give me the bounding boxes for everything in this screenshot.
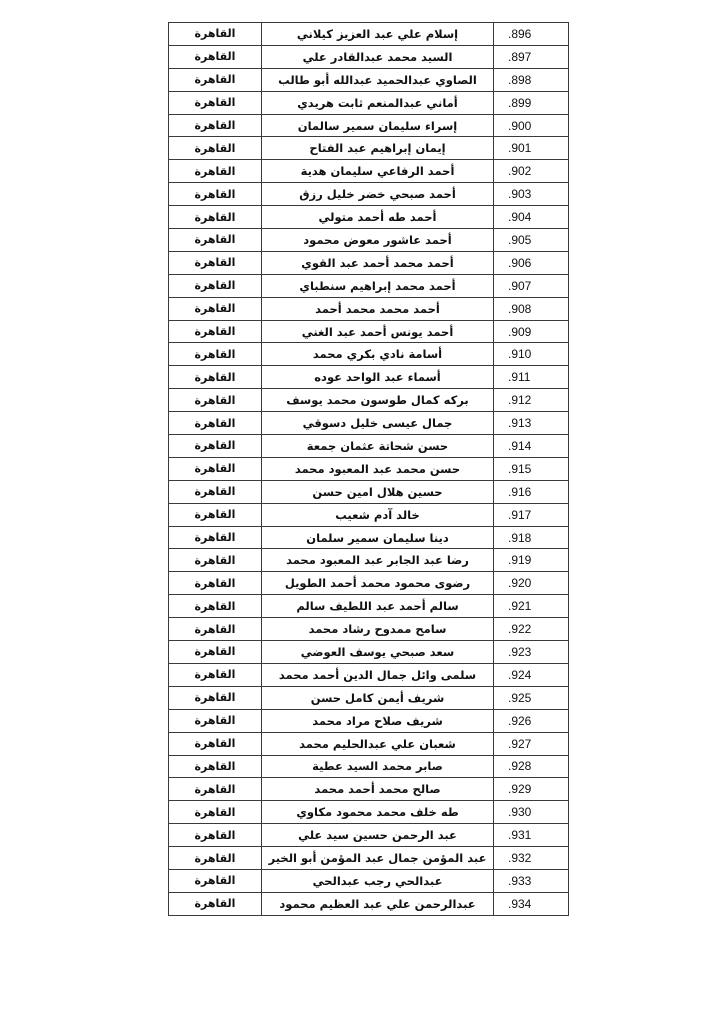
number-cell: .923 xyxy=(494,641,569,664)
table-row: القاهرةأحمد طه أحمد متولي.904 xyxy=(169,206,569,229)
city-cell: القاهرة xyxy=(169,297,262,320)
city-cell: القاهرة xyxy=(169,160,262,183)
number-cell: .914 xyxy=(494,435,569,458)
number-cell: .903 xyxy=(494,183,569,206)
table-row: القاهرةعبدالحي رجب عبدالحي.933 xyxy=(169,869,569,892)
table-row: القاهرةجمال عيسى خليل دسوقي.913 xyxy=(169,412,569,435)
name-cell: أحمد عاشور معوض محمود xyxy=(262,229,494,252)
table-row: القاهرةسامح ممدوح رشاد محمد.922 xyxy=(169,618,569,641)
name-cell: شعبان علي عبدالحليم محمد xyxy=(262,732,494,755)
city-cell: القاهرة xyxy=(169,45,262,68)
table-row: القاهرةعبدالرحمن علي عبد العظيم محمود.93… xyxy=(169,892,569,915)
name-cell: أسماء عبد الواحد عوده xyxy=(262,366,494,389)
city-cell: القاهرة xyxy=(169,412,262,435)
city-cell: القاهرة xyxy=(169,663,262,686)
city-cell: القاهرة xyxy=(169,778,262,801)
name-cell: عبدالرحمن علي عبد العظيم محمود xyxy=(262,892,494,915)
table-row: القاهرةأحمد الرفاعي سليمان هدية.902 xyxy=(169,160,569,183)
table-row: القاهرةأحمد عاشور معوض محمود.905 xyxy=(169,229,569,252)
city-cell: القاهرة xyxy=(169,91,262,114)
number-cell: .934 xyxy=(494,892,569,915)
city-cell: القاهرة xyxy=(169,732,262,755)
name-cell: بركه كمال طوسون محمد يوسف xyxy=(262,389,494,412)
table-row: القاهرةصالح محمد أحمد محمد.929 xyxy=(169,778,569,801)
table-row: القاهرةأحمد محمد إبراهيم سنطباي.907 xyxy=(169,274,569,297)
city-cell: القاهرة xyxy=(169,503,262,526)
city-cell: القاهرة xyxy=(169,274,262,297)
table-row: القاهرةسلمى وائل جمال الدين أحمد محمد.92… xyxy=(169,663,569,686)
name-cell: إيمان إبراهيم عبد الفتاح xyxy=(262,137,494,160)
name-cell: دينا سليمان سمير سلمان xyxy=(262,526,494,549)
city-cell: القاهرة xyxy=(169,114,262,137)
city-cell: القاهرة xyxy=(169,801,262,824)
name-cell: حسن محمد عبد المعبود محمد xyxy=(262,457,494,480)
number-cell: .933 xyxy=(494,869,569,892)
name-cell: رضا عبد الجابر عبد المعبود محمد xyxy=(262,549,494,572)
table-row: القاهرةأحمد محمد محمد أحمد.908 xyxy=(169,297,569,320)
number-cell: .910 xyxy=(494,343,569,366)
name-cell: سعد صبحي يوسف العوضي xyxy=(262,641,494,664)
number-cell: .898 xyxy=(494,68,569,91)
number-cell: .931 xyxy=(494,824,569,847)
city-cell: القاهرة xyxy=(169,572,262,595)
name-cell: سالم أحمد عبد اللطيف سالم xyxy=(262,595,494,618)
number-cell: .918 xyxy=(494,526,569,549)
city-cell: القاهرة xyxy=(169,343,262,366)
city-cell: القاهرة xyxy=(169,229,262,252)
city-cell: القاهرة xyxy=(169,847,262,870)
city-cell: القاهرة xyxy=(169,23,262,46)
city-cell: القاهرة xyxy=(169,824,262,847)
table-row: القاهرةعبد الرحمن حسين سيد علي.931 xyxy=(169,824,569,847)
number-cell: .897 xyxy=(494,45,569,68)
city-cell: القاهرة xyxy=(169,320,262,343)
number-cell: .925 xyxy=(494,686,569,709)
number-cell: .920 xyxy=(494,572,569,595)
city-cell: القاهرة xyxy=(169,618,262,641)
document-page: القاهرةإسلام علي عبد العزيز كيلاني.896ال… xyxy=(0,0,720,1018)
table-row: القاهرةعبد المؤمن جمال عبد المؤمن أبو ال… xyxy=(169,847,569,870)
city-cell: القاهرة xyxy=(169,68,262,91)
number-cell: .909 xyxy=(494,320,569,343)
city-cell: القاهرة xyxy=(169,869,262,892)
name-cell: إسراء سليمان سمير سالمان xyxy=(262,114,494,137)
table-row: القاهرةحسين هلال امين حسن.916 xyxy=(169,480,569,503)
table-row: القاهرةأسامة نادي بكري محمد.910 xyxy=(169,343,569,366)
name-cell: الصاوي عبدالحميد عبدالله أبو طالب xyxy=(262,68,494,91)
name-cell: سامح ممدوح رشاد محمد xyxy=(262,618,494,641)
name-cell: صابر محمد السيد عطية xyxy=(262,755,494,778)
name-cell: أحمد محمد أحمد عبد القوي xyxy=(262,251,494,274)
number-cell: .902 xyxy=(494,160,569,183)
number-cell: .911 xyxy=(494,366,569,389)
name-cell: حسن شحاتة عثمان جمعة xyxy=(262,435,494,458)
name-cell: أحمد يونس أحمد عبد الغني xyxy=(262,320,494,343)
name-cell: أسامة نادي بكري محمد xyxy=(262,343,494,366)
number-cell: .928 xyxy=(494,755,569,778)
table-row: القاهرةالسيد محمد عبدالقادر علي.897 xyxy=(169,45,569,68)
number-cell: .921 xyxy=(494,595,569,618)
city-cell: القاهرة xyxy=(169,366,262,389)
number-cell: .907 xyxy=(494,274,569,297)
table-row: القاهرةأحمد يونس أحمد عبد الغني.909 xyxy=(169,320,569,343)
name-cell: خالد آدم شعيب xyxy=(262,503,494,526)
name-cell: أحمد محمد إبراهيم سنطباي xyxy=(262,274,494,297)
table-row: القاهرةدينا سليمان سمير سلمان.918 xyxy=(169,526,569,549)
number-cell: .922 xyxy=(494,618,569,641)
number-cell: .916 xyxy=(494,480,569,503)
city-cell: القاهرة xyxy=(169,526,262,549)
table-row: القاهرةأسماء عبد الواحد عوده.911 xyxy=(169,366,569,389)
table-row: القاهرةأماني عبدالمنعم ثابت هريدي.899 xyxy=(169,91,569,114)
name-cell: رضوى محمود محمد أحمد الطويل xyxy=(262,572,494,595)
number-cell: .905 xyxy=(494,229,569,252)
table-row: القاهرةالصاوي عبدالحميد عبدالله أبو طالب… xyxy=(169,68,569,91)
number-cell: .896 xyxy=(494,23,569,46)
city-cell: القاهرة xyxy=(169,549,262,572)
table-row: القاهرةبركه كمال طوسون محمد يوسف.912 xyxy=(169,389,569,412)
table-row: القاهرةسالم أحمد عبد اللطيف سالم.921 xyxy=(169,595,569,618)
name-cell: عبد الرحمن حسين سيد علي xyxy=(262,824,494,847)
number-cell: .927 xyxy=(494,732,569,755)
name-cell: صالح محمد أحمد محمد xyxy=(262,778,494,801)
city-cell: القاهرة xyxy=(169,389,262,412)
city-cell: القاهرة xyxy=(169,251,262,274)
table-row: القاهرةسعد صبحي يوسف العوضي.923 xyxy=(169,641,569,664)
table-row: القاهرةإيمان إبراهيم عبد الفتاح.901 xyxy=(169,137,569,160)
number-cell: .908 xyxy=(494,297,569,320)
city-cell: القاهرة xyxy=(169,206,262,229)
name-cell: عبد المؤمن جمال عبد المؤمن أبو الخير xyxy=(262,847,494,870)
table-row: القاهرةشعبان علي عبدالحليم محمد.927 xyxy=(169,732,569,755)
name-cell: أحمد الرفاعي سليمان هدية xyxy=(262,160,494,183)
table-row: القاهرةإسلام علي عبد العزيز كيلاني.896 xyxy=(169,23,569,46)
city-cell: القاهرة xyxy=(169,641,262,664)
table-row: القاهرةخالد آدم شعيب.917 xyxy=(169,503,569,526)
name-cell: حسين هلال امين حسن xyxy=(262,480,494,503)
number-cell: .930 xyxy=(494,801,569,824)
number-cell: .899 xyxy=(494,91,569,114)
number-cell: .900 xyxy=(494,114,569,137)
city-cell: القاهرة xyxy=(169,686,262,709)
number-cell: .912 xyxy=(494,389,569,412)
table-row: القاهرةشريف أيمن كامل حسن.925 xyxy=(169,686,569,709)
name-cell: شريف صلاح مراد محمد xyxy=(262,709,494,732)
name-cell: السيد محمد عبدالقادر علي xyxy=(262,45,494,68)
name-cell: أحمد صبحي خضر خليل رزق xyxy=(262,183,494,206)
table-row: القاهرةأحمد صبحي خضر خليل رزق.903 xyxy=(169,183,569,206)
city-cell: القاهرة xyxy=(169,755,262,778)
name-cell: طه خلف محمد محمود مكاوي xyxy=(262,801,494,824)
table-row: القاهرةصابر محمد السيد عطية.928 xyxy=(169,755,569,778)
name-cell: شريف أيمن كامل حسن xyxy=(262,686,494,709)
table-row: القاهرةإسراء سليمان سمير سالمان.900 xyxy=(169,114,569,137)
table-row: القاهرةرضوى محمود محمد أحمد الطويل.920 xyxy=(169,572,569,595)
name-cell: عبدالحي رجب عبدالحي xyxy=(262,869,494,892)
number-cell: .924 xyxy=(494,663,569,686)
city-cell: القاهرة xyxy=(169,183,262,206)
name-cell: أحمد طه أحمد متولي xyxy=(262,206,494,229)
city-cell: القاهرة xyxy=(169,480,262,503)
city-cell: القاهرة xyxy=(169,709,262,732)
number-cell: .919 xyxy=(494,549,569,572)
table-row: القاهرةحسن شحاتة عثمان جمعة.914 xyxy=(169,435,569,458)
table-row: القاهرةأحمد محمد أحمد عبد القوي.906 xyxy=(169,251,569,274)
name-cell: أحمد محمد محمد أحمد xyxy=(262,297,494,320)
names-table-body: القاهرةإسلام علي عبد العزيز كيلاني.896ال… xyxy=(169,23,569,916)
table-row: القاهرةرضا عبد الجابر عبد المعبود محمد.9… xyxy=(169,549,569,572)
city-cell: القاهرة xyxy=(169,435,262,458)
name-cell: سلمى وائل جمال الدين أحمد محمد xyxy=(262,663,494,686)
name-cell: إسلام علي عبد العزيز كيلاني xyxy=(262,23,494,46)
number-cell: .926 xyxy=(494,709,569,732)
city-cell: القاهرة xyxy=(169,892,262,915)
number-cell: .917 xyxy=(494,503,569,526)
names-table: القاهرةإسلام علي عبد العزيز كيلاني.896ال… xyxy=(168,22,569,916)
city-cell: القاهرة xyxy=(169,137,262,160)
name-cell: أماني عبدالمنعم ثابت هريدي xyxy=(262,91,494,114)
number-cell: .904 xyxy=(494,206,569,229)
number-cell: .906 xyxy=(494,251,569,274)
number-cell: .929 xyxy=(494,778,569,801)
number-cell: .901 xyxy=(494,137,569,160)
city-cell: القاهرة xyxy=(169,457,262,480)
number-cell: .913 xyxy=(494,412,569,435)
table-row: القاهرةشريف صلاح مراد محمد.926 xyxy=(169,709,569,732)
name-cell: جمال عيسى خليل دسوقي xyxy=(262,412,494,435)
table-row: القاهرةحسن محمد عبد المعبود محمد.915 xyxy=(169,457,569,480)
table-row: القاهرةطه خلف محمد محمود مكاوي.930 xyxy=(169,801,569,824)
number-cell: .932 xyxy=(494,847,569,870)
city-cell: القاهرة xyxy=(169,595,262,618)
number-cell: .915 xyxy=(494,457,569,480)
